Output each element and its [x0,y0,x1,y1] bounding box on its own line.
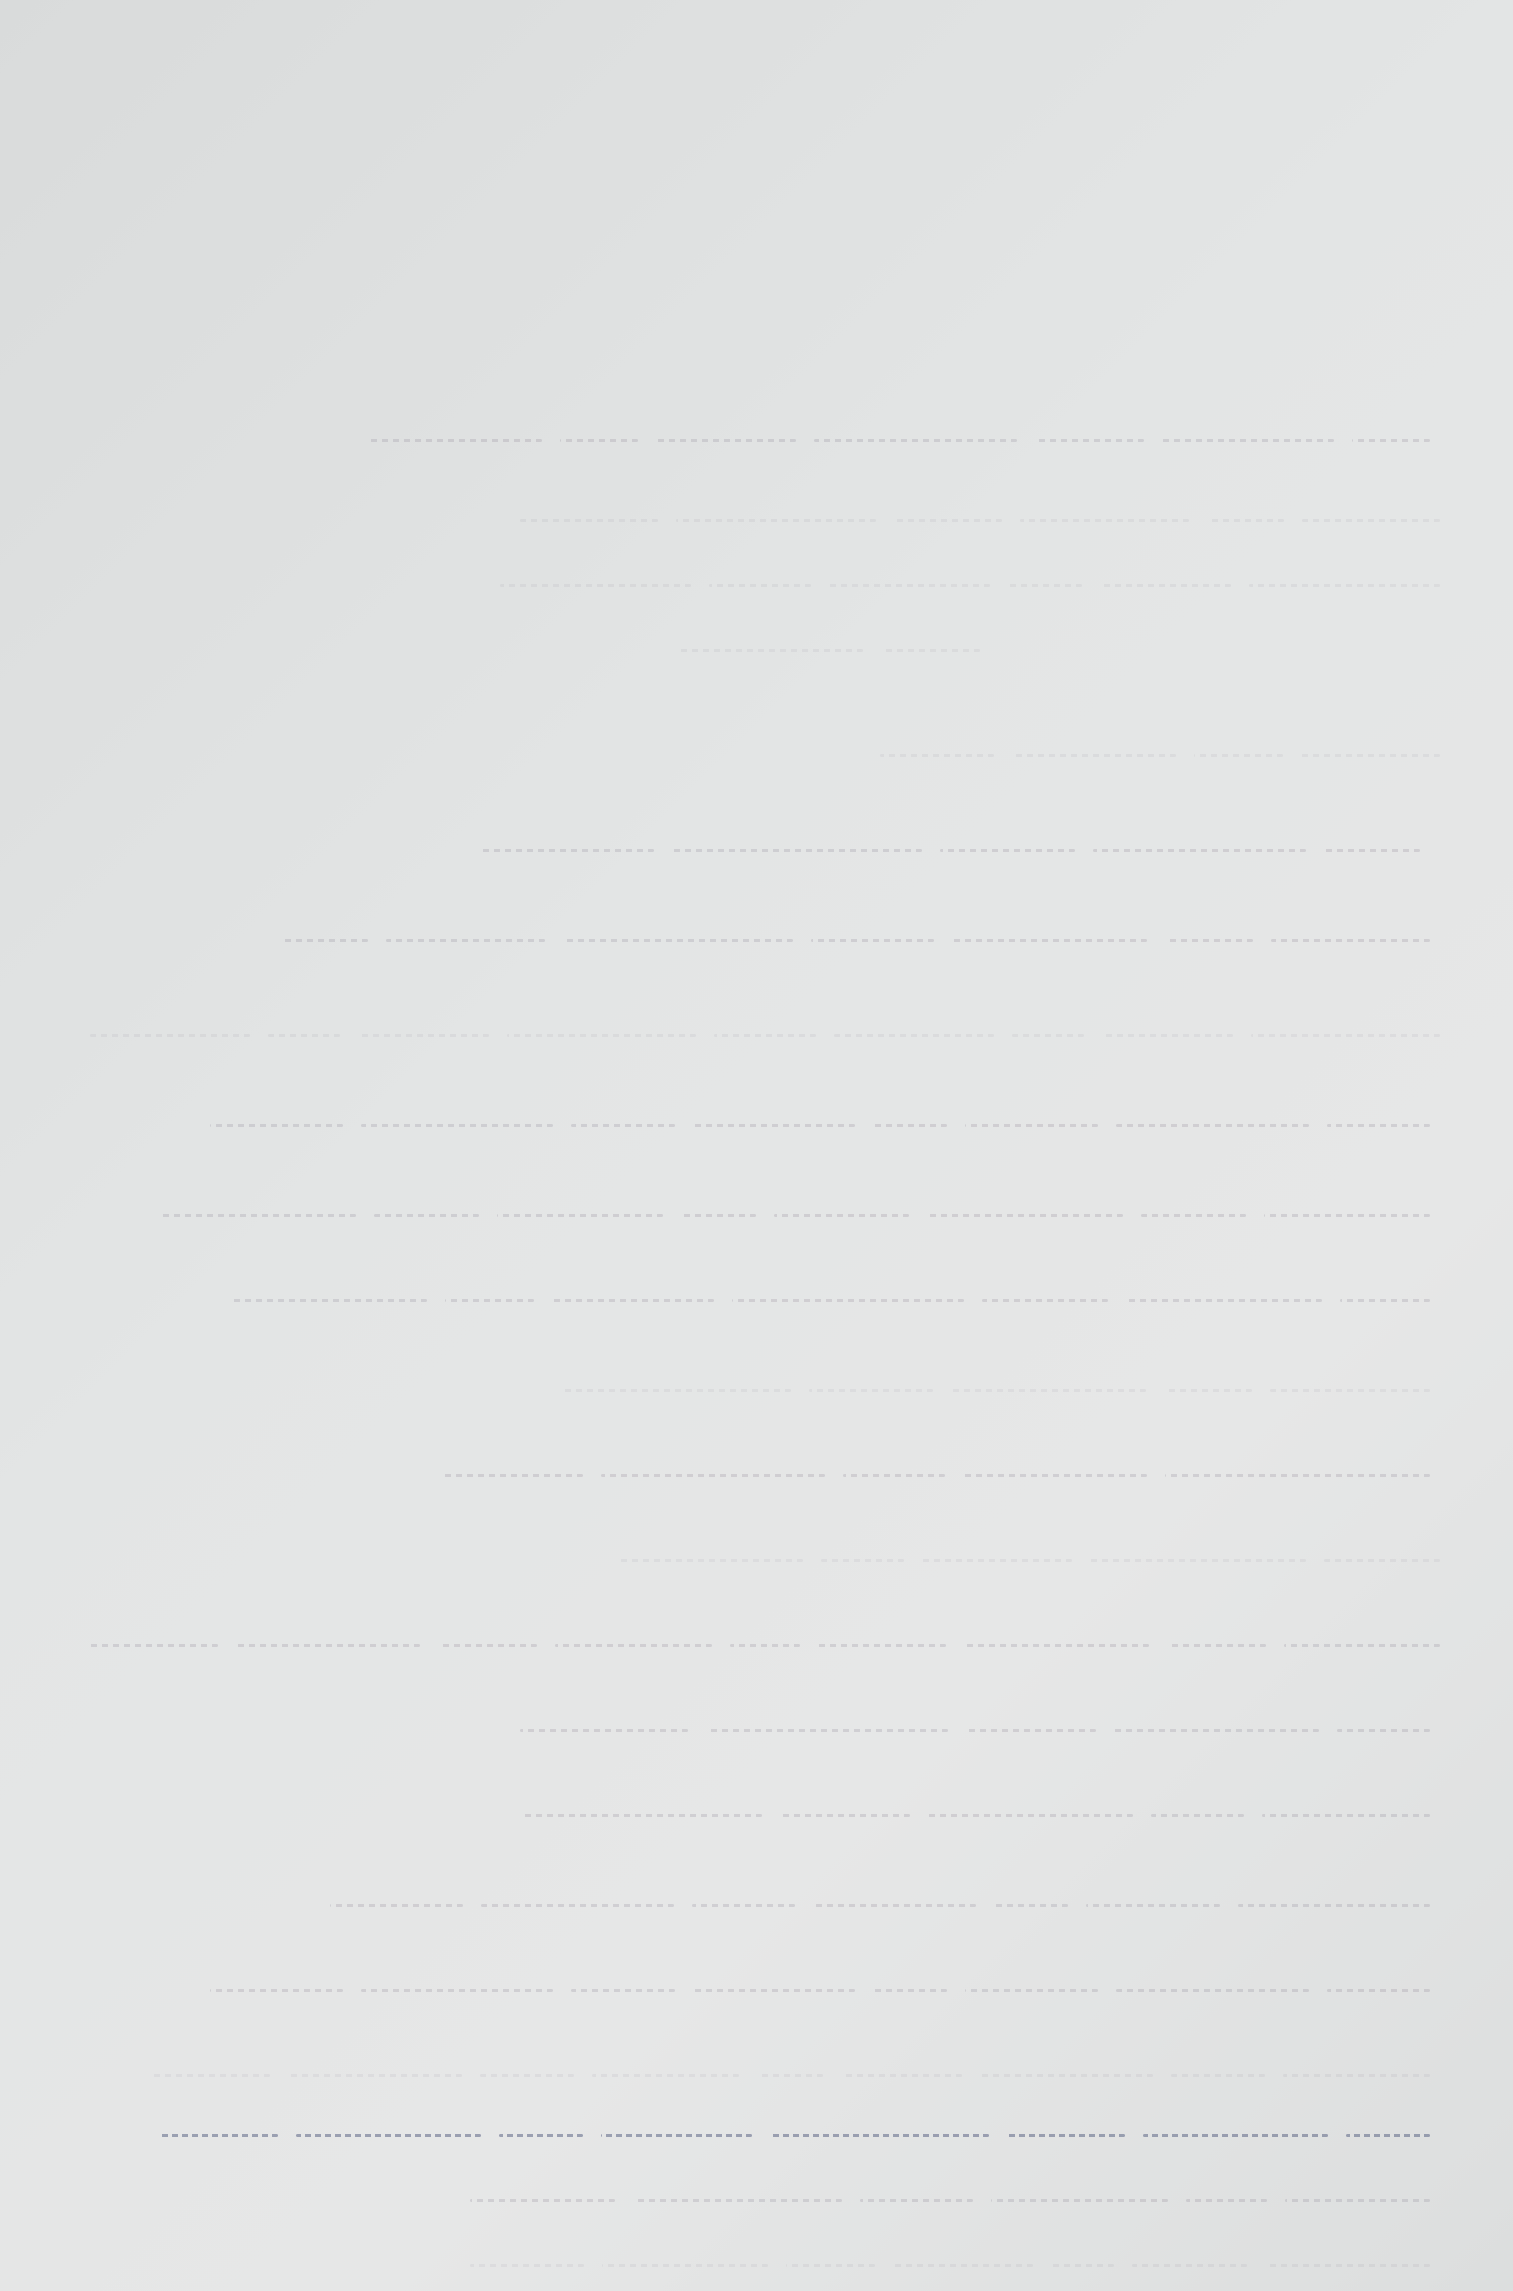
illegible-word [681,1214,756,1217]
illegible-word [980,2074,1154,2077]
illegible-word [964,1644,1148,1647]
illegible-word [1162,439,1334,442]
illegible-word [965,1989,1098,1992]
illegible-word [676,519,876,522]
illegible-word [1051,2264,1115,2267]
illegible-word [90,1034,250,1037]
illegible-word [520,1729,688,1732]
illegible-word [893,2264,1033,2267]
illegible-word [991,2199,1168,2202]
illegible-word [210,1124,343,1127]
illegible-word [1020,519,1189,522]
illegible-word [1114,1729,1319,1732]
illegible-word [499,2134,583,2137]
illegible-word [507,1034,696,1037]
bleed-through-line [520,1802,1430,1828]
bleed-through-line [470,2187,1430,2213]
illegible-word [601,1474,825,1477]
illegible-word [288,2074,462,2077]
illegible-word [927,1214,1123,1217]
illegible-word [150,2074,270,2077]
illegible-word [770,2134,989,2137]
illegible-word [1141,1214,1246,1217]
illegible-word [555,1644,711,1647]
illegible-word [811,939,935,942]
illegible-word [1337,1729,1430,1732]
illegible-word [1270,1389,1430,1392]
illegible-word [1035,439,1144,442]
illegible-word [230,1299,427,1302]
illegible-word [873,1989,947,1992]
illegible-word [1100,584,1232,587]
illegible-word [1327,1124,1430,1127]
illegible-word [571,1124,674,1127]
illegible-word [1238,1904,1430,1907]
illegible-word [730,1644,801,1647]
bleed-through-line [620,1547,1440,1573]
illegible-word [592,2074,739,2077]
illegible-word [940,849,1075,852]
illegible-word [440,1474,583,1477]
illegible-word [1012,1034,1085,1037]
illegible-word [1340,1299,1430,1302]
bleed-through-line [150,2062,1430,2088]
illegible-word [1132,2264,1246,2267]
bleed-through-line [520,1717,1430,1743]
illegible-word [1116,1124,1308,1127]
illegible-word [374,1214,479,1217]
illegible-word [1302,519,1440,522]
illegible-word [236,1644,420,1647]
illegible-word [359,1034,490,1037]
bleed-through-line [90,1632,1440,1658]
illegible-word [1008,584,1081,587]
illegible-word [560,1389,791,1392]
illegible-word [160,2134,278,2137]
illegible-word [361,1124,553,1127]
illegible-word [268,1034,341,1037]
illegible-word [560,439,638,442]
illegible-word [1324,849,1420,852]
bleed-through-line [500,572,1440,598]
illegible-word [1102,1034,1233,1037]
illegible-word [520,519,658,522]
illegible-word [1327,1989,1430,1992]
illegible-word [881,649,980,652]
illegible-word [1249,584,1440,587]
illegible-word [672,849,923,852]
illegible-word [1194,754,1283,757]
illegible-word [1186,2199,1267,2202]
illegible-word [1264,1214,1430,1217]
illegible-word [1165,939,1253,942]
bleed-through-line [520,507,1440,533]
illegible-word [873,1124,947,1127]
illegible-word [834,1034,994,1037]
bleed-through-line [210,1977,1430,2003]
illegible-word [552,1299,713,1302]
illegible-word [620,1559,803,1562]
illegible-word [1285,2199,1430,2202]
illegible-word [965,1124,1098,1127]
illegible-word [1265,2264,1430,2267]
bleed-through-line [560,1377,1430,1403]
illegible-word [843,1474,945,1477]
illegible-word [90,1644,218,1647]
illegible-word [966,1729,1096,1732]
illegible-word [656,439,796,442]
illegible-word [813,1904,976,1907]
illegible-word [928,1814,1133,1817]
illegible-word [500,584,691,587]
bleed-through-line [90,1022,1440,1048]
illegible-word [1352,439,1430,442]
illegible-word [386,939,545,942]
illegible-word [571,1989,674,1992]
illegible-word [1116,1989,1308,1992]
illegible-word [786,2264,875,2267]
illegible-word [520,1814,762,1817]
illegible-word [952,939,1146,942]
illegible-word [1143,2134,1328,2137]
illegible-word [809,1389,933,1392]
illegible-word [1165,1474,1430,1477]
illegible-word [1207,519,1284,522]
illegible-word [693,1124,856,1127]
illegible-word [714,1034,816,1037]
illegible-word [693,1989,856,1992]
illegible-word [829,584,990,587]
illegible-word [757,2074,824,2077]
illegible-word [1283,2074,1430,2077]
illegible-word [1093,849,1305,852]
illegible-word [680,649,863,652]
illegible-word [1151,1814,1244,1817]
bleed-through-line [230,1287,1430,1313]
bleed-through-line [440,1462,1430,1488]
illegible-word [296,2134,481,2137]
illegible-word [370,439,542,442]
illegible-word [1171,2074,1265,2077]
bleed-through-line [280,927,1430,953]
bleed-through-line [880,742,1440,768]
bleed-through-line [160,2122,1430,2148]
bleed-through-line [210,1112,1430,1138]
illegible-word [860,2199,973,2202]
illegible-word [709,584,812,587]
illegible-word [497,1214,663,1217]
illegible-word [445,1299,535,1302]
illegible-word [1012,754,1176,757]
bleed-through-line [330,1892,1430,1918]
illegible-word [1007,2134,1125,2137]
illegible-word [563,939,793,942]
illegible-word [470,2264,584,2267]
illegible-word [1262,1814,1430,1817]
illegible-word [1164,1389,1253,1392]
illegible-word [951,1389,1146,1392]
illegible-word [480,849,654,852]
illegible-word [994,1904,1068,1907]
illegible-word [841,2074,961,2077]
illegible-word [1126,1299,1323,1302]
bleed-through-line [160,1202,1430,1228]
illegible-word [1324,1559,1440,1562]
illegible-word [280,939,368,942]
illegible-word [982,1299,1107,1302]
illegible-word [633,2199,842,2202]
illegible-word [774,1214,909,1217]
illegible-word [706,1729,948,1732]
illegible-word [780,1814,910,1817]
illegible-word [818,1644,946,1647]
illegible-word [1284,1644,1440,1647]
illegible-word [1090,1559,1306,1562]
illegible-word [601,2134,752,2137]
illegible-word [692,1904,796,1907]
paper-sheet [0,0,1513,2291]
illegible-word [1271,939,1430,942]
illegible-word [1346,2134,1430,2137]
illegible-word [160,1214,356,1217]
illegible-word [481,1904,673,1907]
bleed-through-line [480,837,1420,863]
illegible-word [1167,1644,1266,1647]
illegible-word [1301,754,1440,757]
illegible-word [922,1559,1072,1562]
illegible-word [814,439,1017,442]
illegible-word [330,1904,463,1907]
illegible-word [1251,1034,1440,1037]
illegible-word [480,2074,574,2077]
bleed-through-line [370,427,1430,453]
illegible-word [963,1474,1147,1477]
illegible-word [361,1989,553,1992]
illegible-word [821,1559,904,1562]
illegible-word [732,1299,965,1302]
bleed-through-line [470,2252,1430,2278]
illegible-word [470,2199,615,2202]
illegible-word [894,519,1002,522]
illegible-word [602,2264,767,2267]
illegible-word [1086,1904,1219,1907]
illegible-word [210,1989,343,1992]
illegible-word [880,754,994,757]
bleed-through-line [680,637,980,663]
illegible-word [438,1644,537,1647]
